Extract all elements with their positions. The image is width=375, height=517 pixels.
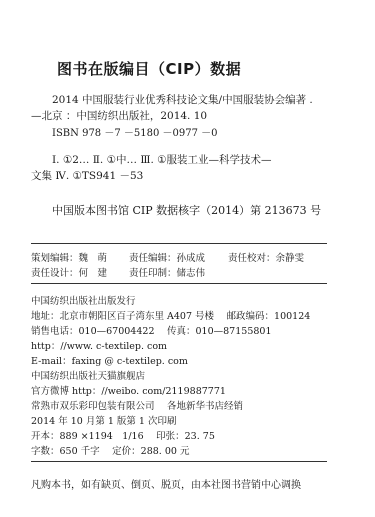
publisher-website: http：//www. c-textilep. com <box>31 338 167 352</box>
publisher-address: 地址：北京市朝阳区百子湾东里 A407 号楼 邮政编码：100124 <box>31 308 310 322</box>
cip-publisher-line: —北京 ：中国纺织出版社，2014. 10 <box>31 108 207 123</box>
publisher-phones: 销售电话：010—67004422 传真：010—87155801 <box>31 323 272 337</box>
responsible-editor: 责任编辑：孙成成 <box>129 250 205 264</box>
cip-isbn: ISBN 978 －7 －5180 －0977 －0 <box>52 124 218 139</box>
designer: 责任设计：何 建 <box>31 265 107 279</box>
printer-distributor: 常熟市双乐彩印包装有限公司 各地新华书店经销 <box>31 398 243 412</box>
publisher-issuer: 中国纺织出版社出版发行 <box>31 293 136 307</box>
printing-supervisor: 责任印制：储志伟 <box>129 265 205 279</box>
page-title: 图书在版编目（CIP）数据 <box>57 58 241 79</box>
cip-classification-line2: 文集 Ⅳ. ①TS941 －53 <box>31 168 143 183</box>
format-info: 开本：889 ×1194 1/16 印张：23. 75 <box>31 428 215 442</box>
planning-editor: 策划编辑：魏 萌 <box>31 250 107 264</box>
cip-title-line: 2014 中国服装行业优秀科技论文集/中国服装协会编著 . <box>52 92 313 107</box>
cip-verification-number: 中国版本图书馆 CIP 数据核字（2014）第 213673 号 <box>52 202 321 218</box>
publisher-email: E-mail：faxing @ c-textilep. com <box>31 353 188 367</box>
divider-top <box>31 243 327 244</box>
publisher-tmall-store: 中国纺织出版社天猫旗舰店 <box>31 368 145 382</box>
exchange-notice: 凡购本书，如有缺页、倒页、脱页，由本社图书营销中心调换 <box>31 476 301 491</box>
edition-info: 2014 年 10 月第 1 版第 1 次印刷 <box>31 413 177 427</box>
cip-classification-line1: Ⅰ. ①2… Ⅱ. ①中… Ⅲ. ①服装工业—科学技术— <box>52 152 272 167</box>
wordcount-price: 字数：650 千字 定价：288. 00 元 <box>31 443 189 457</box>
divider-bottom <box>31 461 327 462</box>
proofreader: 责任校对：余静雯 <box>228 250 304 264</box>
divider-middle <box>31 283 327 284</box>
publisher-weibo: 官方微博 http：//weibo. com/2119887771 <box>31 383 226 397</box>
